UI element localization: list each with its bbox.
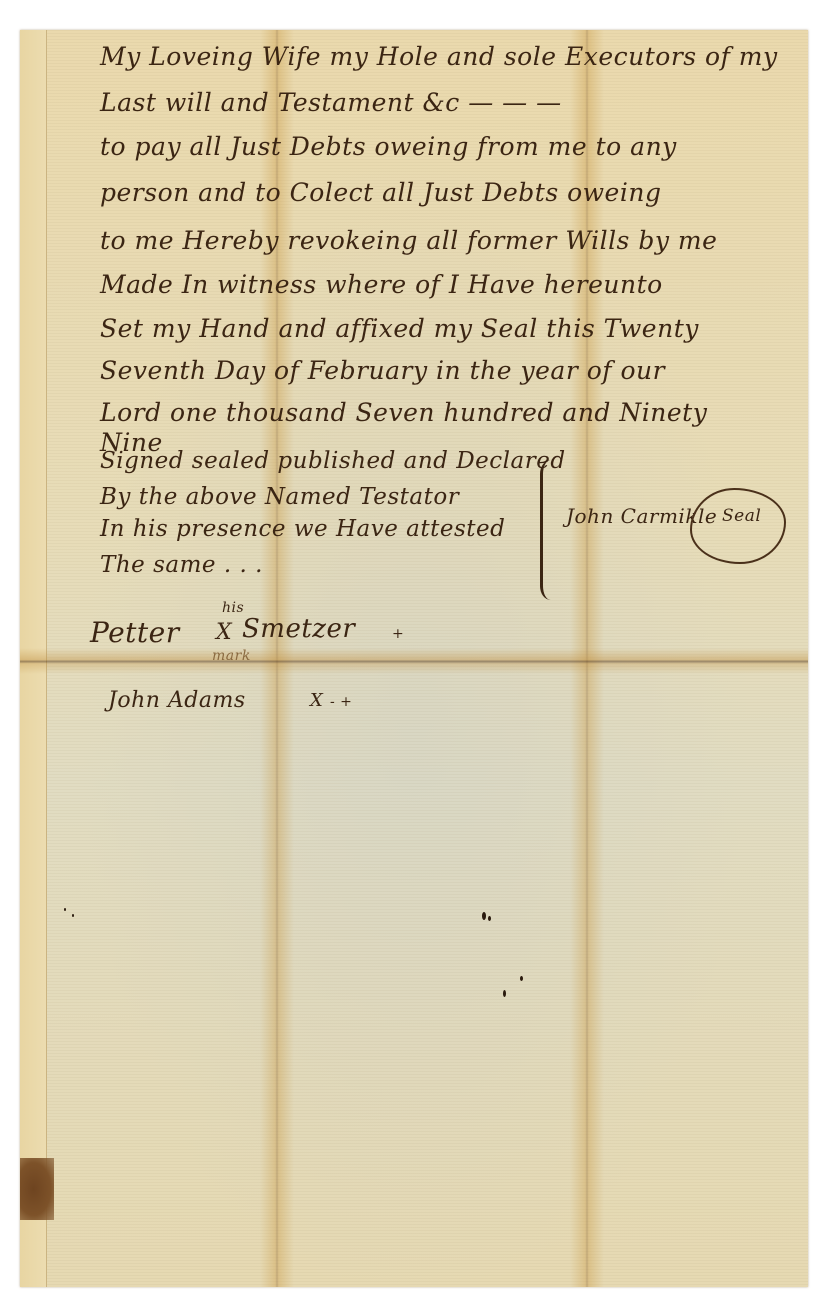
ink-speck bbox=[488, 916, 491, 921]
ink-speck bbox=[520, 976, 523, 981]
body-line-3: to pay all Just Debts oweing from me to … bbox=[100, 132, 677, 161]
witness-1-last-name: Smetzer bbox=[242, 614, 355, 644]
body-line-8: Seventh Day of February in the year of o… bbox=[100, 356, 665, 385]
signature-brace bbox=[540, 460, 561, 600]
body-line-5: to me Hereby revokeing all former Wills … bbox=[100, 226, 717, 255]
ink-speck bbox=[503, 990, 506, 997]
attestation-line-2: By the above Named Testator bbox=[100, 484, 459, 510]
body-line-9: Lord one thousand Seven hundred and Nine… bbox=[100, 398, 707, 427]
body-line-4: person and to Colect all Just Debts owei… bbox=[100, 178, 661, 207]
attestation-line-3: In his presence we Have attested bbox=[100, 516, 505, 542]
witness-1-first-name: Petter bbox=[90, 616, 180, 649]
witness-1-trailing: + bbox=[392, 626, 404, 642]
body-line-1: My Loveing Wife my Hole and sole Executo… bbox=[100, 42, 778, 71]
ink-speck bbox=[482, 912, 486, 920]
body-line-7: Set my Hand and affixed my Seal this Twe… bbox=[100, 314, 699, 343]
witness-1-mark-below: mark bbox=[212, 648, 251, 664]
attestation-line-1: Signed sealed published and Declared bbox=[100, 448, 566, 474]
seal-label: Seal bbox=[722, 506, 761, 526]
witness-2-name: John Adams bbox=[108, 688, 246, 713]
horizontal-fold bbox=[20, 648, 808, 674]
ink-speck bbox=[72, 914, 74, 917]
witness-2-mark: X bbox=[310, 690, 323, 711]
attestation-line-4: The same . . . bbox=[100, 552, 263, 578]
body-line-2: Last will and Testament &c — — — bbox=[100, 88, 562, 117]
witness-1-mark: X bbox=[216, 620, 232, 645]
body-line-6: Made In witness where of I Have hereunto bbox=[100, 270, 663, 299]
edge-stain bbox=[20, 1158, 54, 1220]
witness-1-mark-above: his bbox=[222, 600, 244, 616]
witness-2-trailing: - + bbox=[330, 694, 352, 710]
ink-speck bbox=[64, 908, 66, 911]
manuscript-page bbox=[20, 30, 808, 1287]
